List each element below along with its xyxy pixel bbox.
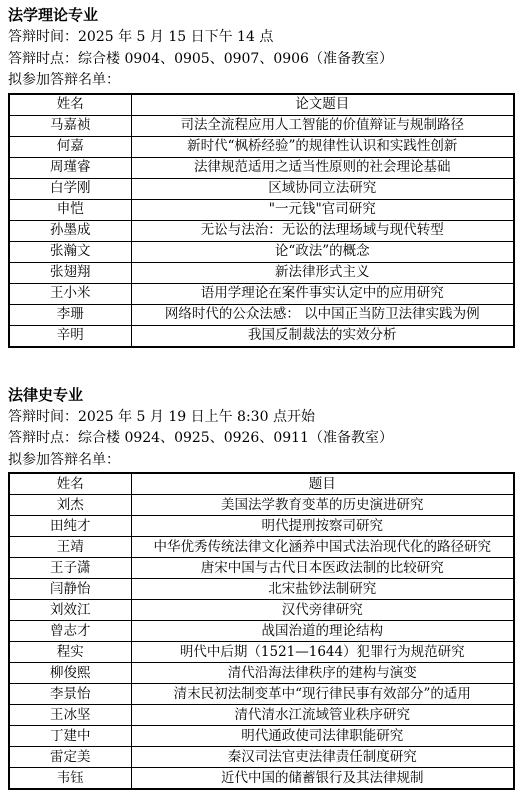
student-name-cell: 王冰坚 (9, 705, 131, 726)
thesis-title-cell: 司法全流程应用人工智能的价值辩证与规制路径 (131, 115, 514, 136)
table-row: 辛明 我国反制裁法的实效分析 (9, 325, 514, 347)
student-name-cell: 曾志才 (9, 621, 131, 642)
defense-location-line: 答辩时点：综合楼 0904、0905、0907、0906（准备教室） (8, 49, 514, 71)
table-row: 曾志才 战国治道的理论结构 (9, 621, 514, 642)
student-name-cell: 刘杰 (9, 495, 131, 516)
thesis-title-cell: "一元钱"官司研究 (131, 199, 514, 220)
table-row: 雷定美 秦汉司法官吏法律责任制度研究 (9, 747, 514, 768)
thesis-title-cell: 新法律形式主义 (131, 262, 514, 283)
column-header-name: 姓名 (9, 94, 131, 116)
defense-time-line: 答辩时间：2025 年 5 月 19 日上午 8:30 点开始 (8, 407, 514, 429)
thesis-title-cell: 论“政法”的概念 (131, 241, 514, 262)
student-name-cell: 丁建中 (9, 726, 131, 747)
column-header-name: 姓名 (9, 473, 131, 495)
table-row: 何嘉 新时代“枫桥经验”的规律性认识和实践性创新 (9, 136, 514, 157)
table-row: 白学刚 区域协同立法研究 (9, 178, 514, 199)
student-name-cell: 马嘉祯 (9, 115, 131, 136)
thesis-title-cell: 北宋盐钞法制研究 (131, 579, 514, 600)
section-title: 法律史专业 (8, 385, 514, 406)
table-row: 丁建中 明代通政使司法律职能研究 (9, 726, 514, 747)
defense-time-line: 答辩时间：2025 年 5 月 15 日下午 14 点 (8, 27, 514, 49)
thesis-title-cell: 明代提刑按察司研究 (131, 516, 514, 537)
document-page: 法学理论专业 答辩时间：2025 年 5 月 15 日下午 14 点 答辩时点：… (0, 0, 522, 796)
section-legal-history: 法律史专业 答辩时间：2025 年 5 月 19 日上午 8:30 点开始 答辩… (8, 385, 514, 791)
defense-roster-table: 姓名 题目 刘杰 美国法学教育变革的历史演进研究 田纯才 明代提刑按察司研究 (8, 472, 515, 790)
thesis-title-cell: 美国法学教育变革的历史演进研究 (131, 495, 514, 516)
thesis-title-cell: 我国反制裁法的实效分析 (131, 325, 514, 347)
thesis-title-cell: 区域协同立法研究 (131, 178, 514, 199)
table-row: 张翅翔 新法律形式主义 (9, 262, 514, 283)
table-row: 张瀚文 论“政法”的概念 (9, 241, 514, 262)
student-name-cell: 雷定美 (9, 747, 131, 768)
defense-list-label: 拟参加答辩名单： (8, 70, 514, 92)
student-name-cell: 辛明 (9, 325, 131, 347)
student-name-cell: 白学刚 (9, 178, 131, 199)
thesis-title-cell: 秦汉司法官吏法律责任制度研究 (131, 747, 514, 768)
thesis-title-cell: 网络时代的公众法感： 以中国正当防卫法律实践为例 (131, 304, 514, 325)
student-name-cell: 程实 (9, 642, 131, 663)
table-row: 李景怡 清末民初法制变革中“现行律民事有效部分”的适用 (9, 684, 514, 705)
thesis-title-cell: 中华优秀传统法律文化涵养中国式法治现代化的路径研究 (131, 537, 514, 558)
thesis-title-cell: 战国治道的理论结构 (131, 621, 514, 642)
student-name-cell: 何嘉 (9, 136, 131, 157)
table-row: 王子潇 唐宋中国与古代日本医政法制的比较研究 (9, 558, 514, 579)
header-row: 姓名 题目 (9, 473, 514, 495)
student-name-cell: 李珊 (9, 304, 131, 325)
student-name-cell: 孙墨成 (9, 220, 131, 241)
student-name-cell: 田纯才 (9, 516, 131, 537)
student-name-cell: 韦钰 (9, 768, 131, 790)
student-name-cell: 李景怡 (9, 684, 131, 705)
header-row: 姓名 论文题目 (9, 94, 514, 116)
student-name-cell: 闫静怡 (9, 579, 131, 600)
table-row: 刘效江 汉代旁律研究 (9, 600, 514, 621)
thesis-title-cell: 近代中国的储蓄银行及其法律规制 (131, 768, 514, 790)
student-name-cell: 王靖 (9, 537, 131, 558)
thesis-title-cell: 清代清水江流域管业秩序研究 (131, 705, 514, 726)
defense-roster-table: 姓名 论文题目 马嘉祯 司法全流程应用人工智能的价值辩证与规制路径 何嘉 新时代… (8, 93, 515, 348)
table-row: 王小米 语用学理论在案件事实认定中的应用研究 (9, 283, 514, 304)
section-title: 法学理论专业 (8, 5, 514, 26)
section-legal-theory: 法学理论专业 答辩时间：2025 年 5 月 15 日下午 14 点 答辩时点：… (8, 5, 514, 348)
column-header-thesis-title: 题目 (131, 473, 514, 495)
table-row: 孙墨成 无讼与法治：无讼的法理场域与现代转型 (9, 220, 514, 241)
thesis-title-cell: 法律规范适用之适当性原则的社会理论基础 (131, 157, 514, 178)
student-name-cell: 刘效江 (9, 600, 131, 621)
thesis-title-cell: 明代中后期（1521—1644）犯罪行为规范研究 (131, 642, 514, 663)
table-row: 周瑾睿 法律规范适用之适当性原则的社会理论基础 (9, 157, 514, 178)
student-name-cell: 柳俊熙 (9, 663, 131, 684)
student-name-cell: 张翅翔 (9, 262, 131, 283)
thesis-title-cell: 无讼与法治：无讼的法理场域与现代转型 (131, 220, 514, 241)
table-row: 李珊 网络时代的公众法感： 以中国正当防卫法律实践为例 (9, 304, 514, 325)
column-header-thesis-title: 论文题目 (131, 94, 514, 116)
student-name-cell: 申恺 (9, 199, 131, 220)
table-row: 刘杰 美国法学教育变革的历史演进研究 (9, 495, 514, 516)
table-row: 王冰坚 清代清水江流域管业秩序研究 (9, 705, 514, 726)
table-row: 柳俊熙 清代沿海法律秩序的建构与演变 (9, 663, 514, 684)
student-name-cell: 张瀚文 (9, 241, 131, 262)
thesis-title-cell: 汉代旁律研究 (131, 600, 514, 621)
table-row: 田纯才 明代提刑按察司研究 (9, 516, 514, 537)
student-name-cell: 王子潇 (9, 558, 131, 579)
table-row: 马嘉祯 司法全流程应用人工智能的价值辩证与规制路径 (9, 115, 514, 136)
student-name-cell: 王小米 (9, 283, 131, 304)
thesis-title-cell: 清代沿海法律秩序的建构与演变 (131, 663, 514, 684)
table-row: 申恺 "一元钱"官司研究 (9, 199, 514, 220)
table-row: 韦钰 近代中国的储蓄银行及其法律规制 (9, 768, 514, 790)
student-name-cell: 周瑾睿 (9, 157, 131, 178)
table-row: 王靖 中华优秀传统法律文化涵养中国式法治现代化的路径研究 (9, 537, 514, 558)
thesis-title-cell: 唐宋中国与古代日本医政法制的比较研究 (131, 558, 514, 579)
thesis-title-cell: 明代通政使司法律职能研究 (131, 726, 514, 747)
thesis-title-cell: 语用学理论在案件事实认定中的应用研究 (131, 283, 514, 304)
table-row: 闫静怡 北宋盐钞法制研究 (9, 579, 514, 600)
defense-location-line: 答辩时点：综合楼 0924、0925、0926、0911（准备教室） (8, 428, 514, 450)
defense-list-label: 拟参加答辩名单： (8, 450, 514, 472)
table-row: 程实 明代中后期（1521—1644）犯罪行为规范研究 (9, 642, 514, 663)
thesis-title-cell: 新时代“枫桥经验”的规律性认识和实践性创新 (131, 136, 514, 157)
thesis-title-cell: 清末民初法制变革中“现行律民事有效部分”的适用 (131, 684, 514, 705)
